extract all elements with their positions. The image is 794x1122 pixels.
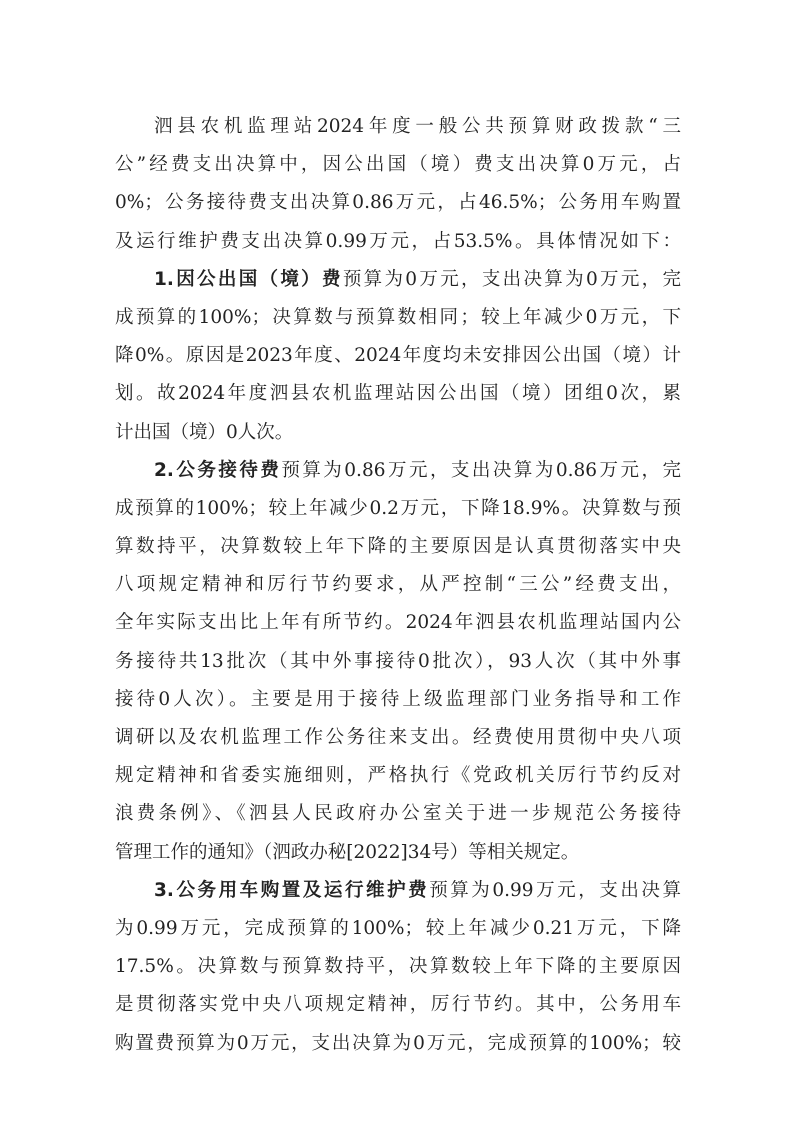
text-line: 购置费预算为0万元，支出决算为0万元，完成预算的100%；较 [115,1025,681,1063]
text-line: 全年实际支出比上年有所节约。2024年泗县农机监理站国内公 [115,604,681,642]
text-line: 2.公务接待费预算为0.86万元，支出决算为0.86万元，完 [115,452,681,490]
text-span: 预算为0.86万元，支出决算为0.86万元，完 [281,460,681,481]
text-line: 1.因公出国（境）费预算为0万元，支出决算为0万元，完 [115,261,681,299]
text-line: 及运行维护费支出决算0.99万元，占53.5%。具体情况如下： [115,223,681,261]
text-line: 3.公务用车购置及运行维护费预算为0.99万元，支出决算 [115,872,681,910]
text-span: 预算为0万元，支出决算为0万元，完 [343,269,681,290]
document-page: 泗县农机监理站2024年度一般公共预算财政拨款“三 公”经费支出决算中，因公出国… [115,108,681,1063]
section-heading: 1.因公出国（境）费 [154,269,343,290]
text-line: 接待0人次）。主要是用于接待上级监理部门业务指导和工作 [115,681,681,719]
text-line: 成预算的100%；决算数与预算数相同；较上年减少0万元，下 [115,299,681,337]
text-line: 降0%。原因是2023年度、2024年度均未安排因公出国（境）计 [115,337,681,375]
text-span: 预算为0.99万元，支出决算 [429,880,681,901]
paragraph-summary: 泗县农机监理站2024年度一般公共预算财政拨款“三 公”经费支出决算中，因公出国… [115,108,681,261]
text-line: 算数持平，决算数较上年下降的主要原因是认真贯彻落实中央 [115,528,681,566]
text-line: 规定精神和省委实施细则，严格执行《党政机关厉行节约反对 [115,757,681,795]
paragraph-vehicles: 3.公务用车购置及运行维护费预算为0.99万元，支出决算 为0.99万元，完成预… [115,872,681,1063]
paragraph-overseas-travel: 1.因公出国（境）费预算为0万元，支出决算为0万元，完 成预算的100%；决算数… [115,261,681,452]
text-line: 为0.99万元，完成预算的100%；较上年减少0.21万元，下降 [115,910,681,948]
text-line: 17.5%。决算数与预算数持平，决算数较上年下降的主要原因 [115,948,681,986]
section-heading: 3.公务用车购置及运行维护费 [154,880,429,901]
text-line: 泗县农机监理站2024年度一般公共预算财政拨款“三 [115,108,681,146]
text-line: 务接待共13批次（其中外事接待0批次），93人次（其中外事 [115,643,681,681]
text-line: 成预算的100%；较上年减少0.2万元，下降18.9%。决算数与预 [115,490,681,528]
text-line: 管理工作的通知》（泗政办秘[2022]34号）等相关规定。 [115,834,681,872]
text-line: 是贯彻落实党中央八项规定精神，厉行节约。其中，公务用车 [115,986,681,1024]
text-line: 划。故2024年度泗县农机监理站因公出国（境）团组0次，累 [115,375,681,413]
text-line: 计出国（境）0人次。 [115,414,681,452]
text-line: 公”经费支出决算中，因公出国（境）费支出决算0万元，占 [115,146,681,184]
text-line: 0%；公务接待费支出决算0.86万元，占46.5%；公务用车购置 [115,184,681,222]
text-line: 八项规定精神和厉行节约要求，从严控制“三公”经费支出， [115,566,681,604]
text-line: 调研以及农机监理工作公务往来支出。经费使用贯彻中央八项 [115,719,681,757]
section-heading: 2.公务接待费 [154,460,281,481]
text-line: 浪费条例》、《泗县人民政府办公室关于进一步规范公务接待 [115,795,681,833]
paragraph-reception: 2.公务接待费预算为0.86万元，支出决算为0.86万元，完 成预算的100%；… [115,452,681,872]
